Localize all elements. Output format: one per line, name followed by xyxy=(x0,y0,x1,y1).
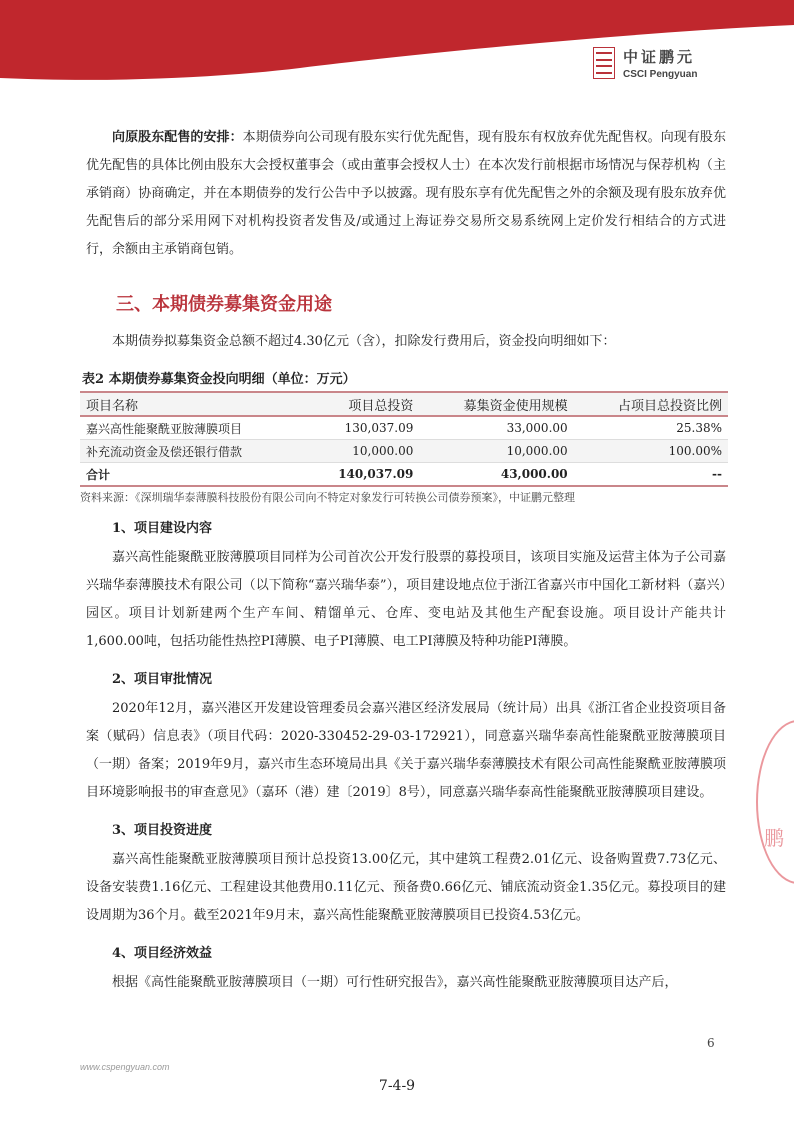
cell: 25.38% xyxy=(574,416,728,440)
brand-logo: 中证鹏元 CSCI Pengyuan xyxy=(593,46,697,80)
page-number: 6 xyxy=(707,1036,715,1050)
document-body: 向原股东配售的安排：本期债券向公司现有股东实行优先配售，现有股东有权放弃优先配售… xyxy=(86,124,726,997)
seal-logo-icon xyxy=(593,47,615,79)
brand-name-cn: 中证鹏元 xyxy=(623,46,697,67)
cell: 补充流动资金及偿还银行借款 xyxy=(80,440,303,463)
table-total-row: 合计 140,037.09 43,000.00 -- xyxy=(80,463,728,487)
subsection-paragraph: 根据《高性能聚酰亚胺薄膜项目（一期）可行性研究报告》，嘉兴高性能聚酰亚胺薄膜项目… xyxy=(86,969,726,997)
subsection-paragraph: 嘉兴高性能聚酰亚胺薄膜项目同样为公司首次公开发行股票的募投项目，该项目实施及运营… xyxy=(86,544,726,656)
intro-label: 向原股东配售的安排： xyxy=(112,130,243,145)
table-caption: 表2 本期债券募集资金投向明细（单位：万元） xyxy=(82,368,726,387)
cell: 10,000.00 xyxy=(419,440,573,463)
col-header: 项目总投资 xyxy=(303,392,419,416)
col-header: 占项目总投资比例 xyxy=(574,392,728,416)
cell: 130,037.09 xyxy=(303,416,419,440)
brand-name-en: CSCI Pengyuan xyxy=(623,69,697,80)
cell: 100.00% xyxy=(574,440,728,463)
subsection-title: 1、项目建设内容 xyxy=(112,517,726,536)
subsection-title: 2、项目审批情况 xyxy=(112,668,726,687)
col-header: 募集资金使用规模 xyxy=(419,392,573,416)
cell: -- xyxy=(574,463,728,487)
cell: 33,000.00 xyxy=(419,416,573,440)
stamp-char: 鹏 xyxy=(764,822,784,851)
subsection-title: 3、项目投资进度 xyxy=(112,819,726,838)
cell: 嘉兴高性能聚酰亚胺薄膜项目 xyxy=(80,416,303,440)
subsection-paragraph: 2020年12月，嘉兴港区开发建设管理委员会嘉兴港区经济发展局（统计局）出具《浙… xyxy=(86,695,726,807)
section-title: 三、本期债券募集资金用途 xyxy=(116,290,726,316)
col-header: 项目名称 xyxy=(80,392,303,416)
website-url: www.cspengyuan.com xyxy=(80,1062,170,1072)
cell: 合计 xyxy=(80,463,303,487)
cell: 43,000.00 xyxy=(419,463,573,487)
cell: 10,000.00 xyxy=(303,440,419,463)
intro-text: 本期债券向公司现有股东实行优先配售，现有股东有权放弃优先配售权。向现有股东优先配… xyxy=(86,130,726,257)
section-lead: 本期债券拟募集资金总额不超过4.30亿元（含），扣除发行费用后，资金投向明细如下… xyxy=(86,328,726,356)
intro-paragraph: 向原股东配售的安排：本期债券向公司现有股东实行优先配售，现有股东有权放弃优先配售… xyxy=(86,124,726,264)
official-seal-stamp: 鹏 xyxy=(756,720,794,884)
cell: 140,037.09 xyxy=(303,463,419,487)
table-source: 资料来源：《深圳瑞华泰薄膜科技股份有限公司向不特定对象发行可转换公司债券预案》，… xyxy=(80,489,726,505)
table-header-row: 项目名称 项目总投资 募集资金使用规模 占项目总投资比例 xyxy=(80,392,728,416)
table-row: 嘉兴高性能聚酰亚胺薄膜项目 130,037.09 33,000.00 25.38… xyxy=(80,416,728,440)
table-row: 补充流动资金及偿还银行借款 10,000.00 10,000.00 100.00… xyxy=(80,440,728,463)
document-number: 7-4-9 xyxy=(0,1078,794,1094)
subsection-title: 4、项目经济效益 xyxy=(112,942,726,961)
fund-allocation-table: 项目名称 项目总投资 募集资金使用规模 占项目总投资比例 嘉兴高性能聚酰亚胺薄膜… xyxy=(80,391,728,487)
subsection-paragraph: 嘉兴高性能聚酰亚胺薄膜项目预计总投资13.00亿元，其中建筑工程费2.01亿元、… xyxy=(86,846,726,930)
